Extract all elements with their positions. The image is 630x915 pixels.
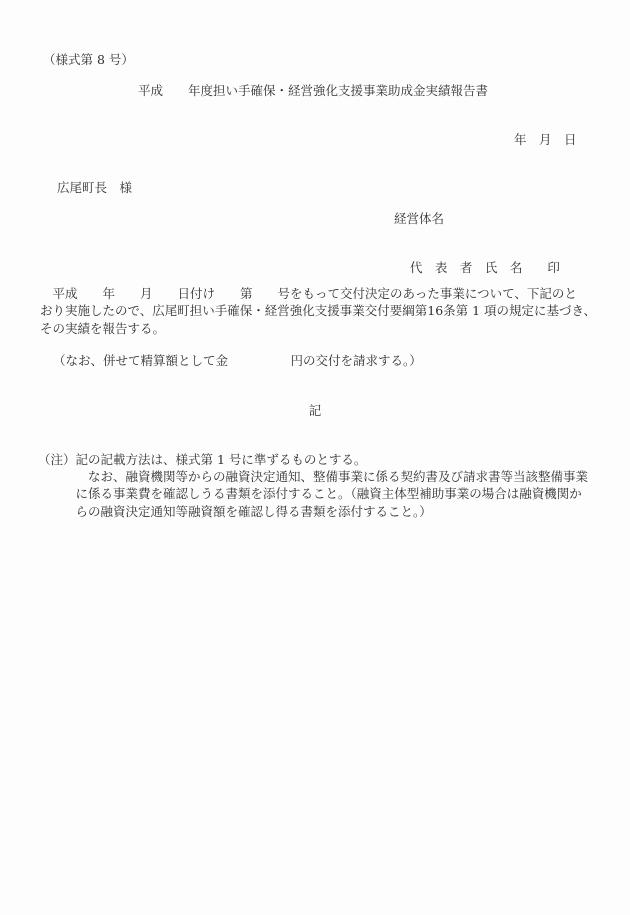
body-paragraph: 平成 年 月 日付け 第 号をもって交付決定のあった事業について、下記のと おり… — [40, 285, 600, 337]
settlement-request-line: （なお、併せて精算額として金 円の交付を請求する。） — [53, 351, 422, 369]
seal-mark: 印 — [547, 260, 560, 275]
representative-name-label: 代 表 者 氏 名 — [410, 260, 523, 275]
document-page: （様式第 8 号） 平成 年度担い手確保・経営強化支援事業助成金実績報告書 年 … — [0, 0, 630, 915]
note-block: （注）記の記載方法は、様式第 1 号に準ずるものとする。 なお、融資機関等からの… — [38, 451, 616, 520]
form-number: （様式第 8 号） — [43, 50, 134, 68]
representative-line: 代 表 者 氏 名印 — [394, 243, 560, 291]
addressee-line: 広尾町長 様 — [57, 178, 132, 196]
document-title: 平成 年度担い手確保・経営強化支援事業助成金実績報告書 — [138, 81, 488, 99]
record-heading: 記 — [0, 401, 630, 419]
date-line: 年 月 日 — [514, 130, 577, 148]
organization-name-label: 経営体名 — [394, 209, 444, 227]
